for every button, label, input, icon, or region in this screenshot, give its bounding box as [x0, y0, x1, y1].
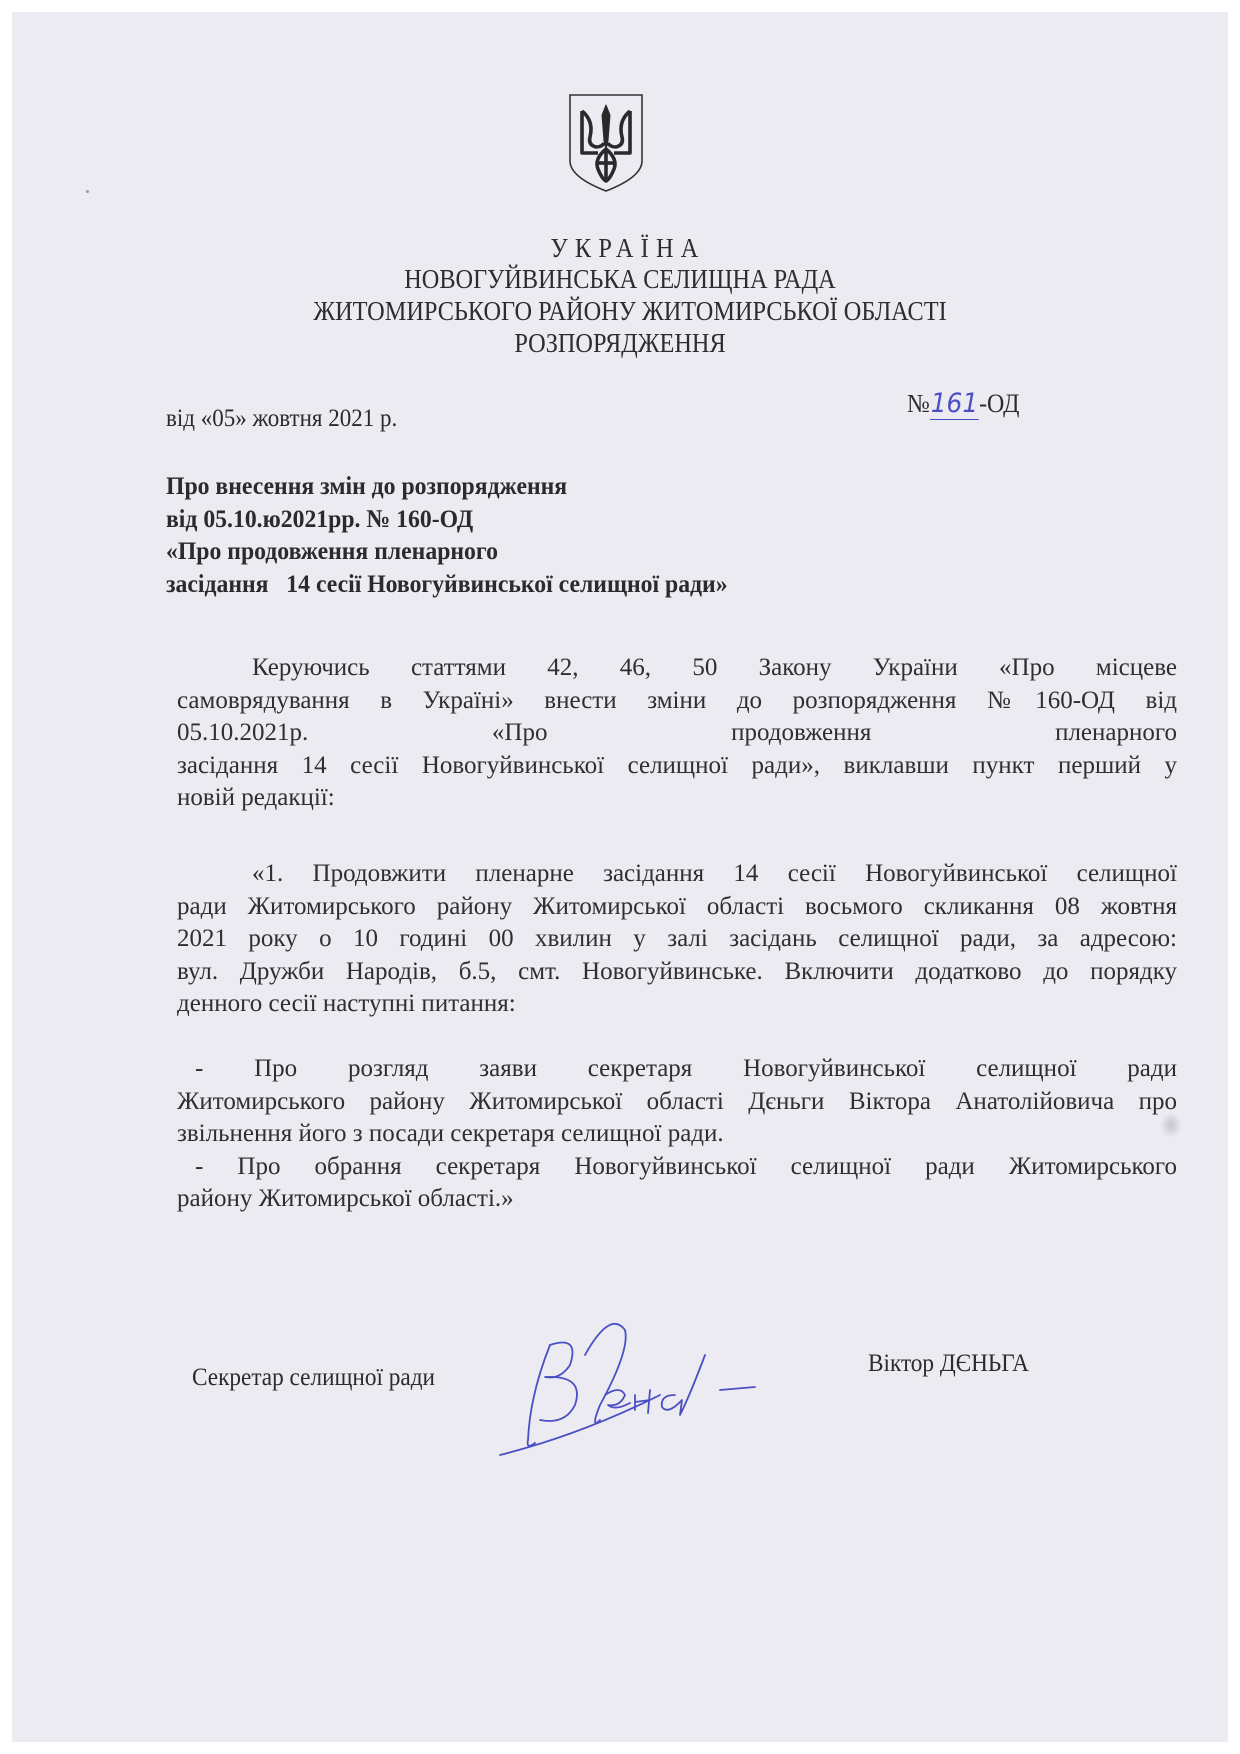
agenda-item-line: - Про розгляд заяви секретаря Новогуйвин…: [177, 1053, 1177, 1086]
scan-speck: [86, 190, 89, 193]
text-line: Керуючись статтями 42, 46, 50 Закону Укр…: [177, 652, 1177, 685]
text-line: 2021 року о 10 годині 00 хвилин у залі з…: [177, 923, 1177, 956]
handwritten-number: 161: [930, 388, 979, 420]
number-suffix: -ОД: [979, 389, 1019, 418]
document-number: №161-ОД: [907, 388, 1019, 419]
title-line: Про внесення змін до розпорядження: [166, 470, 728, 503]
number-prefix: №: [907, 389, 930, 418]
agenda-items: - Про розгляд заяви секретаря Новогуйвин…: [177, 1053, 1177, 1216]
text-line: новій редакції:: [177, 782, 1177, 815]
document-date: від «05» жовтня 2021 р.: [166, 405, 397, 433]
header-doc-type: РОЗПОРЯДЖЕННЯ: [62, 328, 1178, 358]
paragraph-preamble: Керуючись статтями 42, 46, 50 Закону Укр…: [177, 652, 1177, 815]
agenda-item-line: Житомирського району Житомирської област…: [177, 1086, 1177, 1119]
header-council: НОВОГУЙВИНСЬКА СЕЛИЩНА РАДА: [62, 264, 1178, 294]
handwritten-signature: [490, 1315, 870, 1460]
text-line: засідання 14 сесії Новогуйвинської селищ…: [177, 750, 1177, 783]
title-line: «Про продовження пленарного: [166, 535, 728, 568]
agenda-item-line: району Житомирської області.»: [177, 1183, 1177, 1216]
text-line: «1. Продовжити пленарне засідання 14 сес…: [177, 858, 1177, 891]
text-line: вул. Дружби Народів, б.5, смт. Новогуйви…: [177, 956, 1177, 989]
document-title: Про внесення змін до розпорядження від 0…: [166, 470, 728, 600]
agenda-item-line: звільнення його з посади секретаря селищ…: [177, 1118, 1177, 1151]
title-line: від 05.10.ю2021рр. № 160-ОД: [166, 503, 728, 536]
title-line: засідання 14 сесії Новогуйвинської селищ…: [166, 568, 728, 601]
header-region: ЖИТОМИРСЬКОГО РАЙОНУ ЖИТОМИРСЬКОЇ ОБЛАСТ…: [72, 296, 1188, 326]
text-line: денного сесії наступні питання:: [177, 988, 1177, 1021]
paragraph-amendment: «1. Продовжити пленарне засідання 14 сес…: [177, 858, 1177, 1021]
header-country: УКРАЇНА: [70, 233, 1186, 263]
text-line: самоврядування в Україні» внести зміни д…: [177, 685, 1177, 718]
signatory-position: Секретар селищної ради: [192, 1364, 435, 1392]
signatory-name: Віктор ДЄНЬГА: [868, 1350, 1029, 1378]
text-line: ради Житомирського району Житомирської о…: [177, 891, 1177, 924]
agenda-item-line: - Про обрання секретаря Новогуйвинської …: [177, 1151, 1177, 1184]
coat-of-arms-icon: [568, 93, 644, 193]
text-line: 05.10.2021р. «Про продовження пленарного: [177, 717, 1177, 750]
